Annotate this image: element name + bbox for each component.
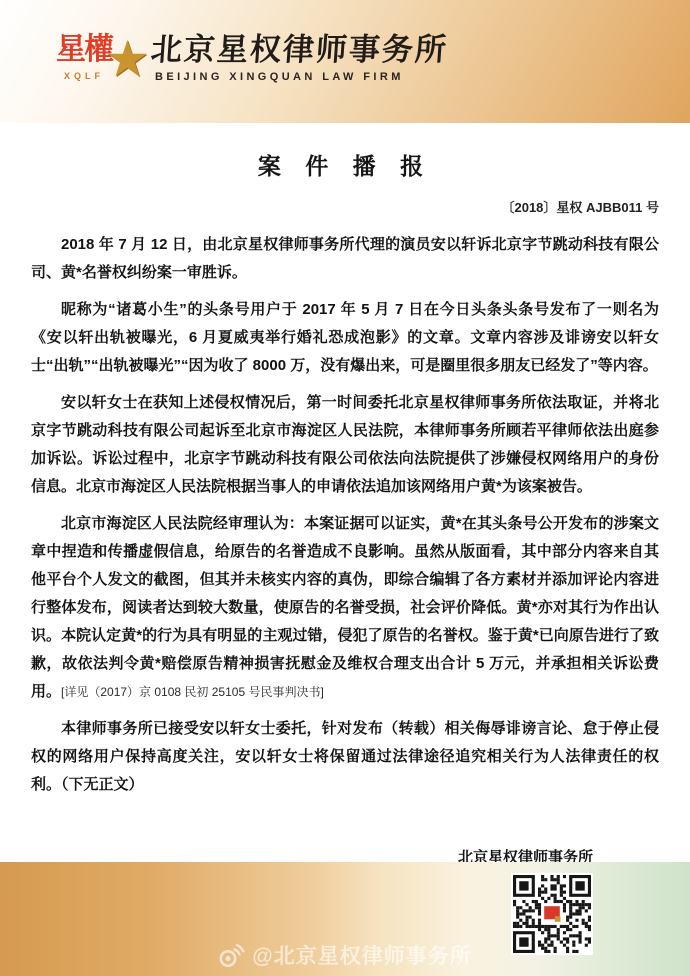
- weibo-watermark-text: @北京星权律师事务所: [252, 940, 471, 970]
- firm-logo: 星權 XQLF ★ 北京星权律师事务所 BEIJING XINGQUAN LAW…: [55, 30, 448, 88]
- body-paragraph-1: 2018 年 7 月 12 日，由北京星权律师事务所代理的演员安以轩诉北京字节跳…: [31, 231, 659, 287]
- weibo-icon: [218, 943, 245, 968]
- case-report-page: 星權 XQLF ★ 北京星权律师事务所 BEIJING XINGQUAN LAW…: [0, 0, 690, 976]
- body-paragraph-4: 北京市海淀区人民法院经审理认为：本案证据可以证实，黄*在其头条号公开发布的涉案文…: [31, 510, 659, 706]
- body-paragraph-3: 安以轩女士在获知上述侵权情况后，第一时间委托北京星权律师事务所依法取证，并将北京…: [31, 389, 659, 501]
- document-number: 〔2018〕星权 AJBB011 号: [31, 197, 659, 216]
- footer-band: @北京星权律师事务所: [0, 862, 690, 976]
- paragraph-list: 2018 年 7 月 12 日，由北京星权律师事务所代理的演员安以轩诉北京字节跳…: [31, 231, 659, 799]
- firm-name-chinese: 北京星权律师事务所: [150, 32, 450, 68]
- document-body: 案 件 播 报 〔2018〕星权 AJBB011 号 2018 年 7 月 12…: [0, 123, 690, 900]
- star-icon: ★: [105, 30, 145, 88]
- judgment-citation-note: [详见（2017）京 0108 民初 25105 号民事判决书]: [61, 685, 324, 699]
- firm-name-english: BEIJING XINGQUAN LAW FIRM: [151, 71, 448, 83]
- firm-name-block: 北京星权律师事务所 BEIJING XINGQUAN LAW FIRM: [151, 30, 448, 83]
- page-title: 案 件 播 报: [31, 148, 659, 181]
- letterhead-band: 星權 XQLF ★ 北京星权律师事务所 BEIJING XINGQUAN LAW…: [0, 0, 690, 123]
- weibo-watermark: @北京星权律师事务所: [0, 940, 690, 970]
- body-paragraph-2: 昵称为“诸葛小生”的头条号用户于 2017 年 5 月 7 日在今日头条头条号发…: [31, 296, 659, 380]
- body-paragraph-4-text: 北京市海淀区人民法院经审理认为：本案证据可以证实，黄*在其头条号公开发布的涉案文…: [31, 515, 659, 700]
- body-paragraph-5: 本律师事务所已接受安以轩女士委托，针对发布（转载）相关侮辱诽谤言论、怠于停止侵权…: [31, 715, 659, 799]
